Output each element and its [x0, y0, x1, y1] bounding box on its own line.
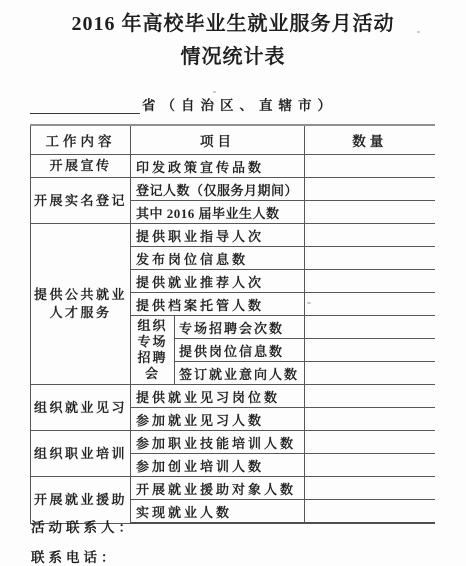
item-cell: 参加职业技能培训人数	[131, 431, 305, 454]
quantity-cell	[305, 362, 435, 385]
doc-title-line-2: 情况统计表	[0, 40, 466, 69]
quantity-cell	[305, 431, 435, 454]
quantity-cell	[305, 339, 435, 362]
contact-person-label: 活动联系人：	[31, 516, 136, 536]
quantity-cell	[305, 178, 435, 201]
province-line: 省（自治区、直辖市）	[30, 94, 337, 114]
item-cell: 参加创业培训人数	[131, 454, 305, 477]
document-page: 2016 年高校毕业生就业服务月活动 情况统计表 省（自治区、直辖市） 工作内容…	[0, 0, 466, 566]
recruitment-subgroup-label-cell: 组织专场招聘会	[131, 316, 175, 385]
item-cell: 实现就业人数	[131, 500, 305, 524]
header-quantity: 数量	[305, 125, 435, 155]
quantity-cell	[305, 201, 435, 224]
table-row: 提供公共就业人才服务 提供职业指导人次	[31, 224, 435, 247]
province-blank-underline	[30, 98, 140, 114]
table-row: 开展实名登记 登记人数（仅服务月期间）	[31, 178, 435, 201]
quantity-cell	[305, 155, 435, 178]
contact-phone-label: 联系电话：	[31, 546, 119, 566]
item-cell: 提供档案托管人数	[131, 293, 305, 316]
item-cell: 提供就业推荐人次	[131, 270, 305, 293]
quantity-cell	[305, 247, 435, 270]
quantity-cell	[305, 477, 435, 500]
scan-speck	[307, 302, 311, 304]
quantity-cell	[305, 293, 435, 316]
quantity-cell	[305, 408, 435, 431]
province-label: 省（自治区、直辖市）	[142, 98, 337, 113]
item-cell: 提供就业见习岗位数	[131, 385, 305, 408]
scan-speck	[417, 31, 420, 33]
item-cell: 印发政策宣传品数	[131, 155, 305, 178]
table-header-row: 工作内容 项目 数量	[31, 125, 435, 155]
work-content-cell: 开展实名登记	[31, 178, 131, 224]
quantity-cell	[305, 454, 435, 477]
item-cell: 提供职业指导人次	[131, 224, 305, 247]
quantity-cell	[305, 385, 435, 408]
quantity-cell	[305, 224, 435, 247]
table-row: 组织就业见习 提供就业见习岗位数	[31, 385, 435, 408]
item-cell: 其中 2016 届毕业生人数	[131, 201, 305, 224]
header-work-content: 工作内容	[31, 125, 131, 155]
quantity-cell	[305, 316, 435, 339]
item-cell: 签订就业意向人数	[175, 362, 305, 385]
item-cell: 提供岗位信息数	[175, 339, 305, 362]
table-row: 开展就业援助 开展就业援助对象人数	[31, 477, 435, 500]
item-cell: 发布岗位信息数	[131, 247, 305, 270]
item-cell: 登记人数（仅服务月期间）	[131, 178, 305, 201]
statistics-table: 工作内容 项目 数量 开展宣传 印发政策宣传品数 开展实名登记 登记人数（仅服务…	[30, 124, 435, 524]
quantity-cell	[305, 270, 435, 293]
table-row: 开展宣传 印发政策宣传品数	[31, 155, 435, 178]
scan-speck	[213, 91, 216, 93]
work-content-cell: 提供公共就业人才服务	[31, 224, 131, 385]
item-cell: 开展就业援助对象人数	[131, 477, 305, 500]
work-content-cell: 组织就业见习	[31, 385, 131, 431]
item-cell: 专场招聘会次数	[175, 316, 305, 339]
quantity-cell	[305, 500, 435, 524]
header-item: 项目	[131, 125, 305, 155]
table-row: 组织职业培训 参加职业技能培训人数	[31, 431, 435, 454]
work-content-cell: 组织职业培训	[31, 431, 131, 477]
recruitment-subgroup-label: 组织专场招聘会	[137, 318, 169, 383]
work-content-cell: 开展宣传	[31, 155, 131, 178]
item-cell: 参加就业见习人数	[131, 408, 305, 431]
doc-title-line-1: 2016 年高校毕业生就业服务月活动	[0, 7, 466, 36]
